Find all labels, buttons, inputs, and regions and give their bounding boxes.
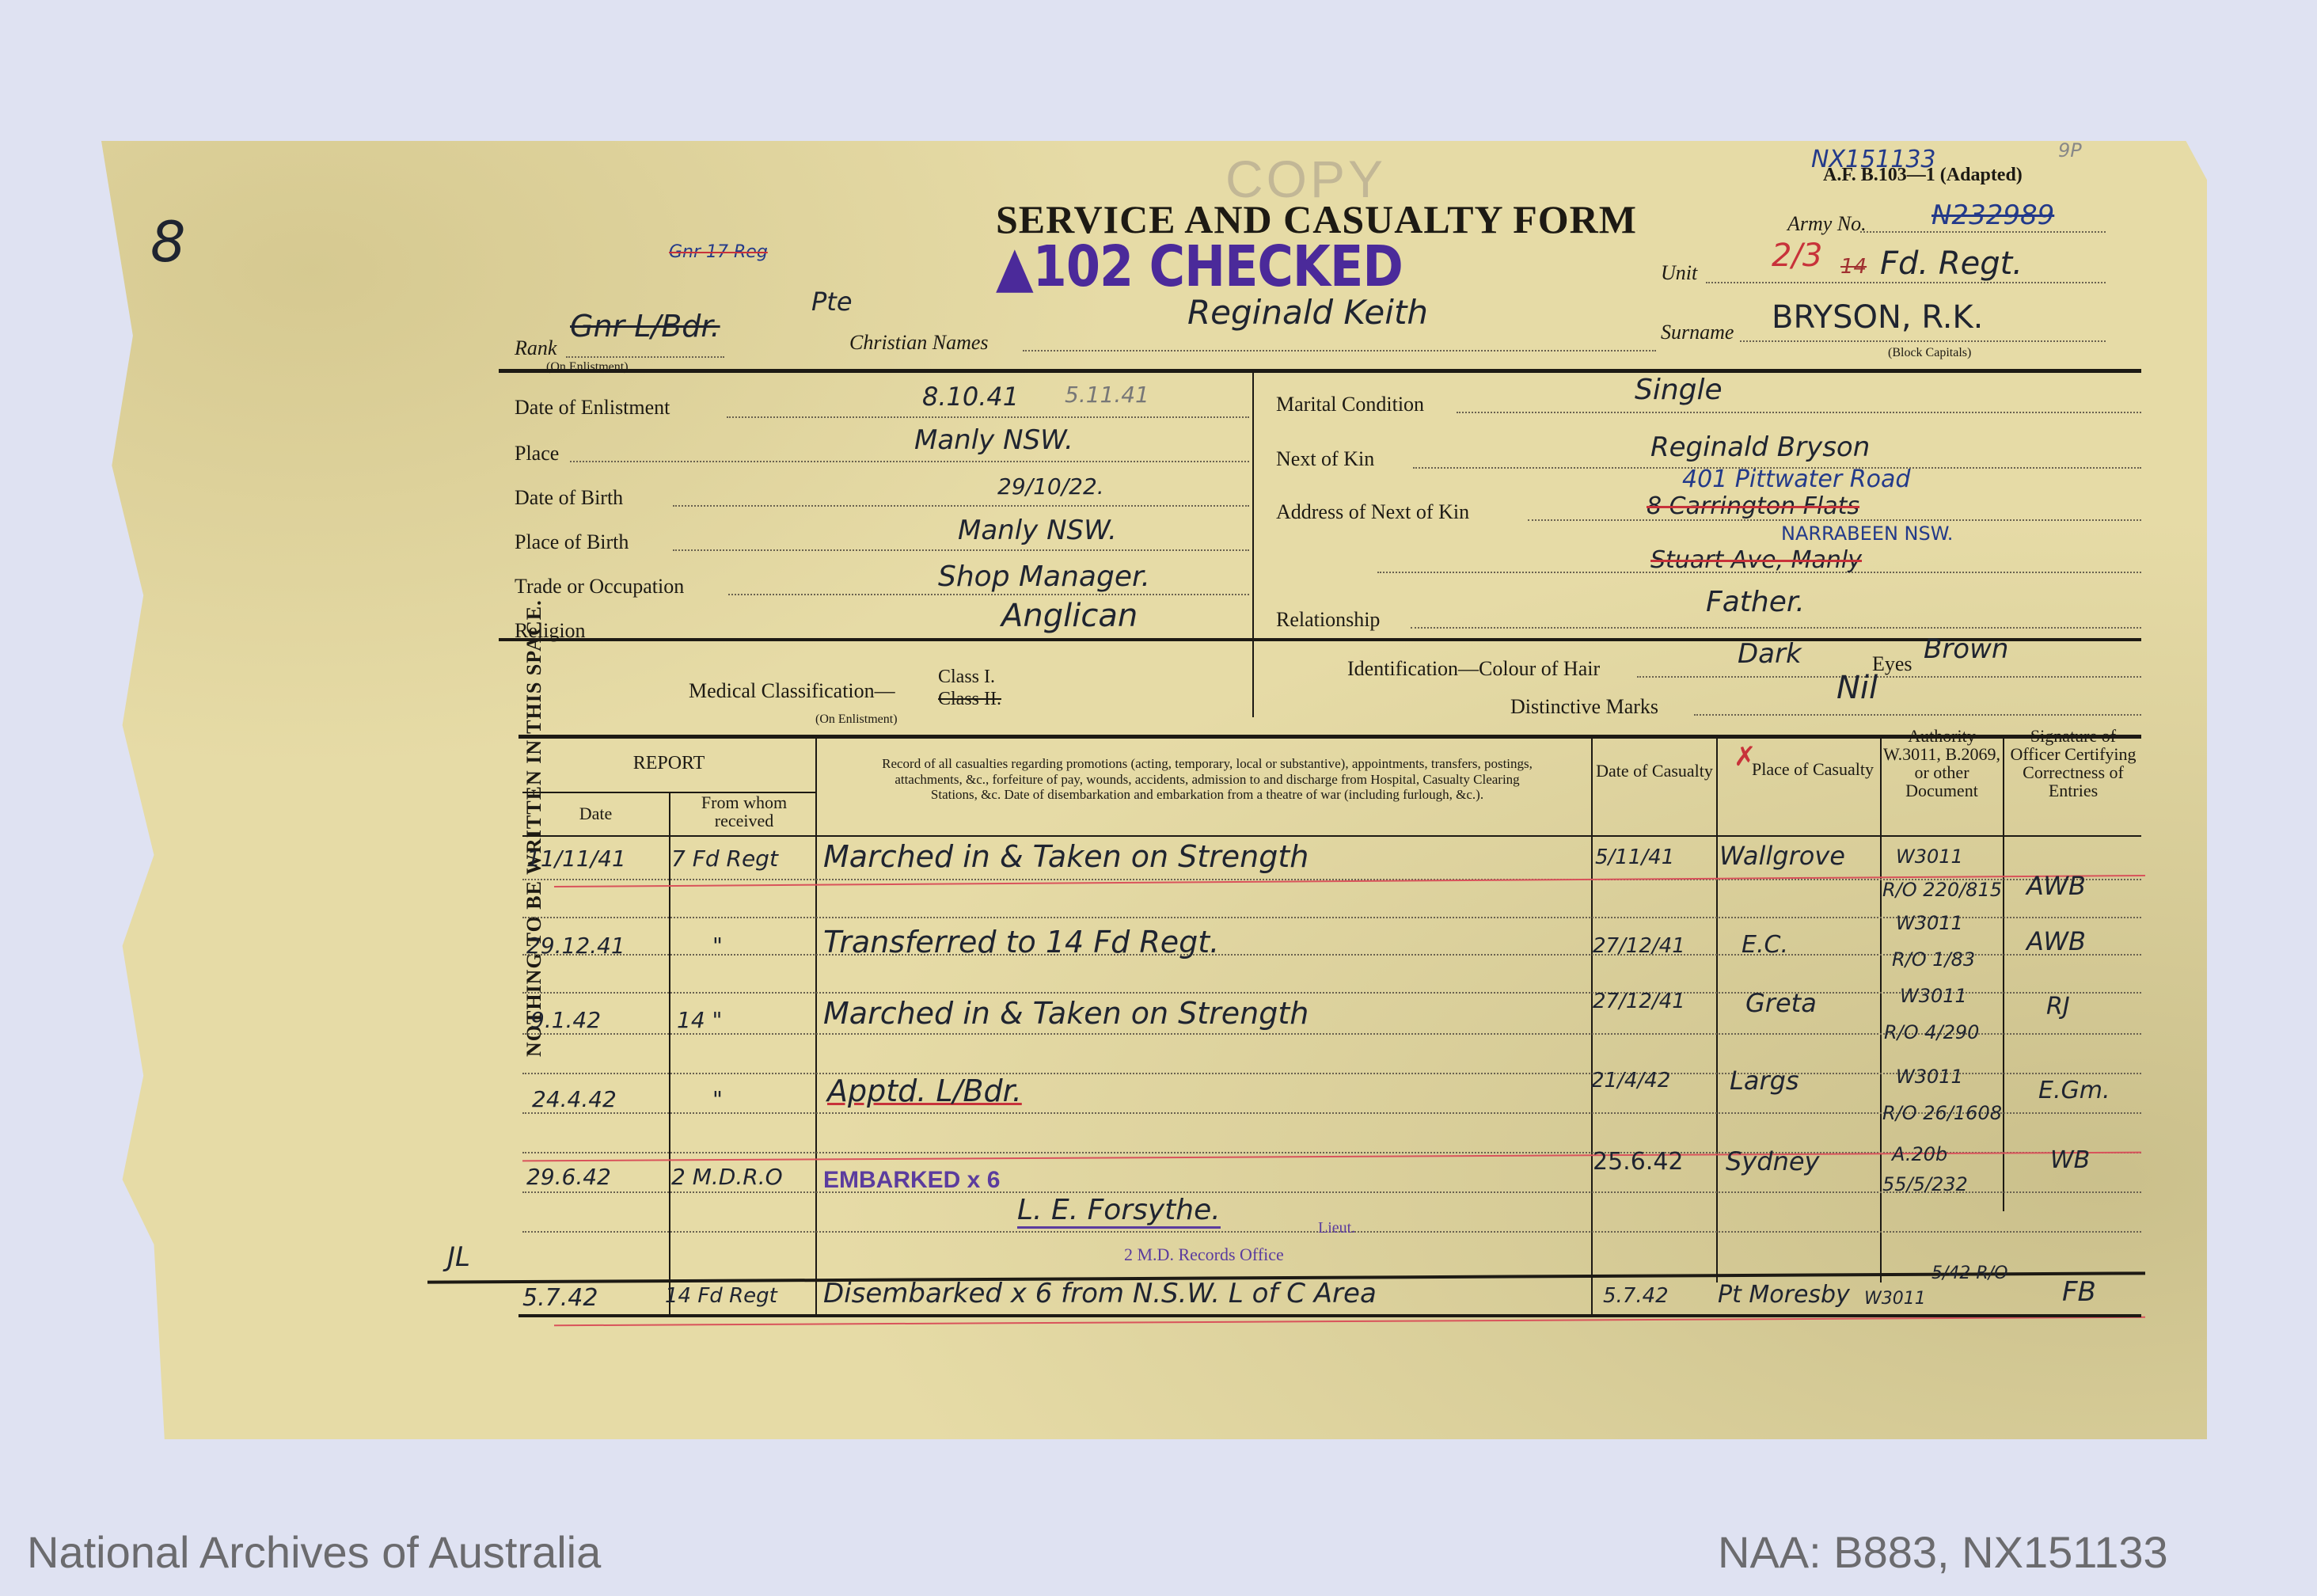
row-signature: RJ — [2046, 993, 2070, 1020]
row-authority-2: 5/42 R/O — [1931, 1263, 2007, 1283]
enlistment-date-extra: 5.11.41 — [1065, 382, 1149, 408]
col-date-casualty: Date of Casualty — [1593, 762, 1716, 780]
address-line1: 401 Pittwater Road — [1682, 465, 1910, 493]
christian-names-value: Reginald Keith — [1187, 293, 1428, 332]
margin-notation: 8 — [150, 210, 186, 275]
row-from: 14 Fd Regt — [665, 1284, 777, 1308]
row-signature: FB — [2062, 1276, 2096, 1308]
unit-value: Fd. Regt. — [1880, 245, 2023, 282]
col-place-casualty: Place of Casualty — [1749, 760, 1876, 778]
nok-label: Next of Kin — [1276, 447, 1374, 471]
row-authority-2: R/O 4/290 — [1884, 1021, 1979, 1043]
marks-value: Nil — [1837, 670, 1878, 706]
relationship-label: Relationship — [1276, 608, 1380, 632]
unit-prefix: 2/3 — [1772, 237, 1822, 274]
army-number-new: NX151133 — [1811, 146, 1936, 173]
row-date-casualty: 25.6.42 — [1593, 1148, 1684, 1176]
row-date: 11/11/41 — [526, 845, 626, 872]
row-record: Apptd. L/Bdr. — [827, 1073, 1022, 1108]
row-place: E.C. — [1742, 931, 1788, 959]
address-label: Address of Next of Kin — [1276, 500, 1469, 524]
col-report: REPORT — [522, 754, 815, 773]
corner-notation: 9P — [2058, 139, 2082, 161]
officer-signature: L. E. Forsythe. — [1017, 1194, 1221, 1229]
birth-date-value: 29/10/22. — [997, 473, 1104, 500]
row-authority-1: W3011 — [1864, 1289, 1926, 1309]
initial-mark: JL — [447, 1241, 470, 1273]
row-signature: AWB — [2026, 871, 2086, 901]
medical-class1: Class I. — [938, 667, 995, 688]
row-from: " — [712, 933, 723, 959]
row-date-casualty: 5.7.42 — [1603, 1284, 1669, 1308]
birth-place-value: Manly NSW. — [958, 515, 1117, 546]
vertical-notice: NOTHING TO BE WRITTEN IN THIS SPACE. — [522, 599, 546, 1057]
row-authority-2: R/O 26/1608 — [1882, 1102, 2002, 1124]
row-date: 29.6.42 — [526, 1164, 611, 1190]
row-from: 14 " — [677, 1007, 722, 1033]
archive-reference: NAA: B883, NX151133 — [1718, 1526, 2168, 1578]
occupation-value: Shop Manager. — [938, 560, 1150, 593]
row-from: 2 M.D.R.O — [671, 1164, 783, 1190]
row-date: 9.1.42 — [530, 1007, 601, 1033]
row-date-casualty: 5/11/41 — [1595, 845, 1674, 869]
religion-value: Anglican — [1001, 598, 1138, 634]
place-value: Manly NSW. — [914, 424, 1073, 456]
row-record-stamp: EMBARKED x 6 — [823, 1167, 1000, 1194]
row-signature: E.Gm. — [2038, 1077, 2110, 1104]
row-place: Pt Moresby — [1718, 1281, 1850, 1309]
medical-label: Medical Classification— — [689, 679, 895, 703]
row-place: Wallgrove — [1719, 841, 1845, 871]
row-authority-1: W3011 — [1896, 1066, 1963, 1088]
rank-correction: Pte — [811, 287, 853, 317]
row-record: Marched in & Taken on Strength — [823, 839, 1309, 874]
unit-label: Unit — [1661, 261, 1697, 285]
occupation-label: Trade or Occupation — [515, 575, 684, 598]
place-label: Place — [515, 442, 559, 465]
birth-place-label: Place of Birth — [515, 530, 629, 554]
army-no-struck: N232989 — [1931, 199, 2054, 231]
unit-struck: 14 — [1840, 255, 1867, 279]
nok-value: Reginald Bryson — [1650, 431, 1870, 463]
row-signature: AWB — [2026, 926, 2086, 956]
row-signature: WB — [2050, 1146, 2090, 1174]
row-authority-1: A.20b — [1892, 1143, 1947, 1165]
marks-label: Distinctive Marks — [1510, 695, 1658, 719]
col-authority: Authority W.3011, B.2069, or other Docum… — [1882, 727, 2001, 800]
row-date-casualty: 27/12/41 — [1593, 934, 1685, 958]
row-record: Disembarked x 6 from N.S.W. L of C Area — [823, 1278, 1377, 1309]
relationship-value: Father. — [1706, 586, 1805, 618]
identification-label: Identification—Colour of Hair — [1347, 657, 1600, 681]
row-date-casualty: 21/4/42 — [1591, 1069, 1670, 1092]
row-from: " — [712, 1086, 723, 1112]
checked-stamp: ▲102 CHECKED — [996, 234, 1403, 300]
row-authority-1: W3011 — [1896, 845, 1963, 868]
row-authority-2: R/O 220/815 — [1882, 879, 2002, 901]
officer-rank: Lieut. — [1318, 1219, 1355, 1237]
row-date: 29.12.41 — [526, 933, 625, 959]
surname-label: Surname — [1661, 321, 1734, 344]
address-struck1: 8 Carrington Flats — [1647, 492, 1859, 520]
col-signature: Signature of Officer Certifying Correctn… — [2005, 727, 2141, 800]
marital-value: Single — [1635, 374, 1723, 406]
surname-sublabel: (Block Capitals) — [1888, 346, 1971, 360]
eyes-label: Eyes — [1872, 652, 1912, 676]
birth-date-label: Date of Birth — [515, 486, 623, 510]
hair-value: Dark — [1738, 638, 1802, 670]
marital-label: Marital Condition — [1276, 393, 1424, 416]
rank-label: Rank — [515, 336, 556, 360]
rank-value: Gnr L/Bdr. — [570, 309, 720, 344]
address-line2: NARRABEEN NSW. — [1781, 522, 1953, 545]
col-date: Date — [522, 804, 669, 823]
row-record: Marched in & Taken on Strength — [823, 996, 1309, 1031]
christian-names-label: Christian Names — [849, 331, 989, 355]
row-place: Sydney — [1726, 1146, 1819, 1176]
surname-value: BRYSON, R.K. — [1772, 299, 1983, 336]
rank-annotation: Gnr 17 Reg — [669, 242, 768, 262]
row-authority-1: W3011 — [1900, 985, 1967, 1007]
medical-class2: Class II. — [938, 689, 1001, 710]
row-authority-1: W3011 — [1896, 912, 1963, 934]
archive-name: National Archives of Australia — [27, 1526, 601, 1578]
row-date: 5.7.42 — [522, 1284, 598, 1312]
row-date: 24.4.42 — [532, 1086, 617, 1112]
row-authority-2: 55/5/232 — [1882, 1173, 1968, 1195]
records-office: 2 M.D. Records Office — [1124, 1244, 1284, 1265]
enlistment-date-value: 8.10.41 — [922, 382, 1019, 412]
row-place: Largs — [1730, 1066, 1799, 1096]
row-record: Transferred to 14 Fd Regt. — [823, 925, 1219, 959]
medical-sublabel: (On Enlistment) — [815, 712, 898, 727]
col-from: From whom received — [673, 793, 815, 830]
row-from: 7 Fd Regt — [671, 845, 778, 872]
row-date-casualty: 27/12/41 — [1593, 990, 1685, 1013]
address-struck2: Stuart Ave, Manly — [1650, 546, 1862, 574]
col-record: Record of all casualties regarding promo… — [871, 756, 1544, 803]
row-authority-2: R/O 1/83 — [1892, 948, 1975, 971]
eyes-value: Brown — [1924, 633, 2008, 665]
army-no-label: Army No. — [1787, 212, 1867, 236]
row-place: Greta — [1745, 988, 1817, 1018]
enlistment-date-label: Date of Enlistment — [515, 396, 670, 420]
